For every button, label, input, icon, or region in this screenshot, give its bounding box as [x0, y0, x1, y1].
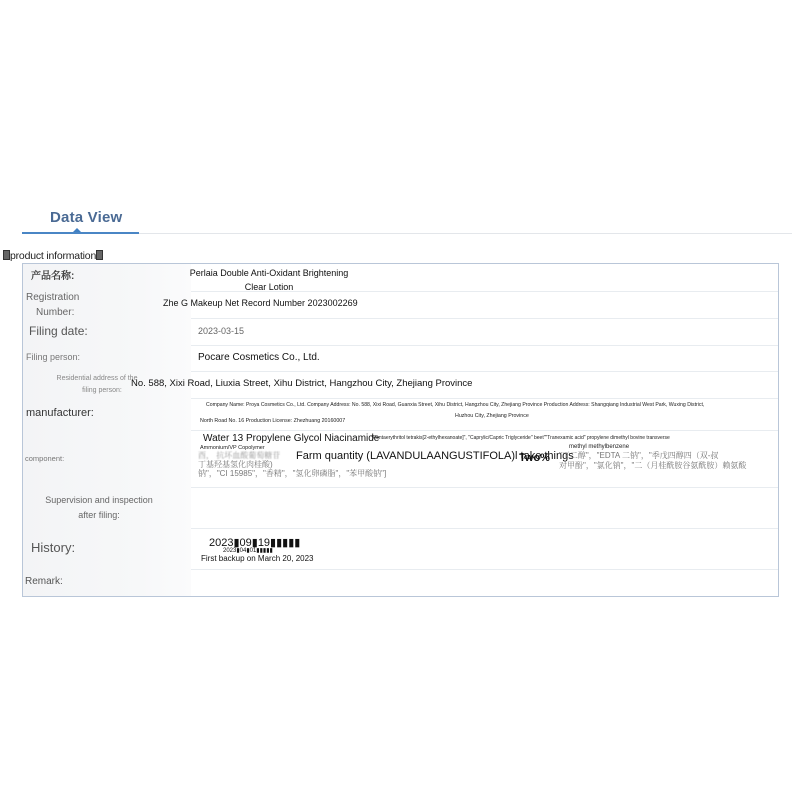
label-text: History:: [23, 540, 75, 556]
manufacturer-line-2: North Road No. 16 Production License: Zh…: [200, 418, 345, 424]
label-text: Remark:: [23, 576, 63, 589]
value-manufacturer: Company Name: Proya Cosmetics Co., Ltd. …: [191, 398, 778, 430]
row-manufacturer: manufacturer: Company Name: Proya Cosmet…: [23, 398, 778, 431]
label-history: History:: [23, 528, 191, 569]
label-text: Supervision and inspection: [15, 493, 183, 508]
product-name-line-1: Perlaia Double Anti-Oxidant Brightening: [169, 266, 369, 280]
label-manufacturer: manufacturer:: [23, 398, 191, 430]
component-cn-right-2: 对甲酚"，"氯化钠"，"二（月桂酰胺谷氨酰胺）赖氨酸: [559, 460, 746, 471]
caret-up-icon: [73, 228, 81, 232]
label-text: after filing:: [15, 508, 183, 523]
value-residential-address: No. 588, Xixi Road, Liuxia Street, Xihu …: [191, 371, 778, 398]
value-filing-date: 2023-03-15: [191, 318, 778, 345]
section-title: product information: [3, 250, 103, 262]
bracket-right-icon: [96, 250, 103, 260]
label-component: component:: [23, 430, 191, 487]
row-remark: Remark:: [23, 569, 778, 596]
component-main-text: Water 13 Propylene Glycol Niacinamide: [203, 433, 379, 444]
component-cn-line-3: 钠"，"CI 15985"，"香精"，"氢化卵磷脂"，"苯甲酸钠"]: [198, 468, 386, 479]
row-history: History: 2023▮09▮19▮▮▮▮▮ 2023▮04▮01▮▮▮▮▮…: [23, 528, 778, 570]
manufacturer-line-3: Huzhou City, Zhejiang Province: [455, 413, 529, 419]
row-filing-person: Filing person: Pocare Cosmetics Co., Ltd…: [23, 345, 778, 372]
registration-number-text: Zhe G Makeup Net Record Number 202300226…: [163, 298, 358, 308]
label-filing-date: Filing date:: [23, 318, 191, 345]
value-registration-number: Zhe G Makeup Net Record Number 202300226…: [191, 291, 778, 318]
row-filing-date: Filing date: 2023-03-15: [23, 318, 778, 346]
value-filing-person: Pocare Cosmetics Co., Ltd.: [191, 345, 778, 371]
row-product-name: 产品名称: Perlaia Double Anti-Oxidant Bright…: [23, 264, 778, 292]
value-supervision: [191, 487, 778, 528]
value-history: 2023▮09▮19▮▮▮▮▮ 2023▮04▮01▮▮▮▮▮ First ba…: [191, 528, 778, 569]
residential-address-text: No. 588, Xixi Road, Liuxia Street, Xihu …: [131, 378, 472, 389]
history-entry-3: First backup on March 20, 2023: [201, 554, 314, 563]
label-text: manufacturer:: [23, 407, 94, 421]
value-product-name: Perlaia Double Anti-Oxidant Brightening …: [191, 264, 778, 291]
value-remark: [191, 569, 778, 596]
row-component: component: Water 13 Propylene Glycol Nia…: [23, 430, 778, 488]
label-text: Filing person:: [23, 352, 80, 363]
row-registration-number: Registration Number: Zhe G Makeup Net Re…: [23, 291, 778, 319]
label-text: Filing date:: [23, 324, 88, 339]
label-text: 产品名称:: [23, 271, 74, 284]
label-filing-person: Filing person:: [23, 345, 191, 371]
label-product-name: 产品名称:: [23, 264, 191, 291]
history-entry-2: 2023▮04▮01▮▮▮▮▮: [223, 547, 273, 554]
product-info-table: 产品名称: Perlaia Double Anti-Oxidant Bright…: [22, 263, 779, 597]
label-text: component:: [23, 454, 64, 463]
section-title-text: product information: [10, 250, 96, 262]
label-supervision: Supervision and inspection after filing:: [23, 487, 191, 528]
component-two-text: Two%: [519, 452, 550, 464]
bracket-left-icon: [3, 250, 10, 260]
row-residential-address: Residential address of the filing person…: [23, 371, 778, 399]
filing-person-text: Pocare Cosmetics Co., Ltd.: [198, 352, 320, 363]
tab-bar: Data View: [22, 205, 792, 235]
value-component: Water 13 Propylene Glycol Niacinamide "P…: [191, 430, 778, 487]
active-tab-indicator: [22, 232, 139, 234]
filing-date-text: 2023-03-15: [198, 326, 244, 336]
manufacturer-line-1: Company Name: Proya Cosmetics Co., Ltd. …: [206, 402, 788, 408]
row-supervision: Supervision and inspection after filing:: [23, 487, 778, 529]
component-ingredient-list: "Pentaerythritol tetrakis[2-ethylhexanoa…: [371, 435, 670, 441]
label-remark: Remark:: [23, 569, 191, 596]
tab-data-view[interactable]: Data View: [50, 209, 122, 226]
label-text: Registration: [26, 290, 79, 305]
